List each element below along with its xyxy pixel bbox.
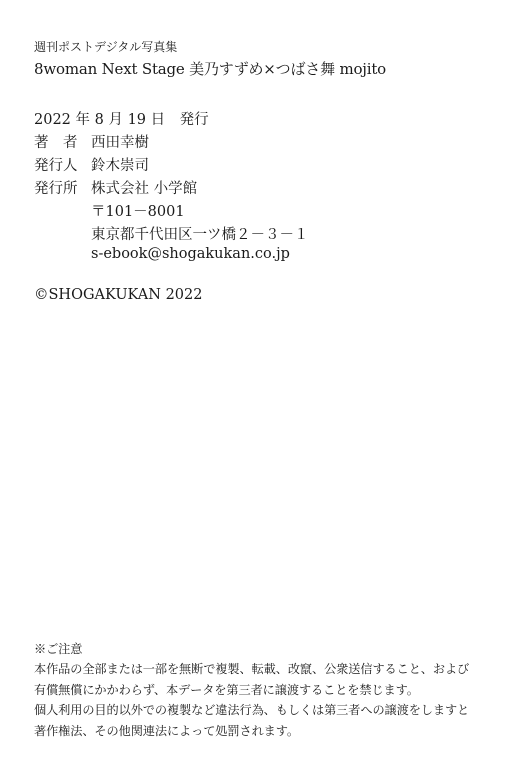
email: s-ebook@shogakukan.co.jp xyxy=(91,246,290,262)
publisher-person-row: 発行人鈴木崇司 xyxy=(34,154,149,175)
notice-line: 個人利用の目的以外での複製など違法行為、もしくは第三者への譲渡をしますと xyxy=(34,701,469,718)
publisher-label: 発行所 xyxy=(34,177,91,198)
publication-date: 2022 年 8 月 19 日 発行 xyxy=(34,108,209,129)
author-row: 著 者西田幸樹 xyxy=(34,131,149,152)
postal-code: 〒101－8001 xyxy=(91,200,185,221)
notice-heading: ※ご注意 xyxy=(34,640,82,657)
book-title: 8woman Next Stage 美乃すずめ×つばさ舞 mojito xyxy=(34,58,386,79)
copyright: ©SHOGAKUKAN 2022 xyxy=(34,287,202,303)
notice-line: 有償無償にかかわらず、本データを第三者に譲渡することを禁じます。 xyxy=(34,681,419,698)
notice-line: 著作権法、その他関連法によって処罰されます。 xyxy=(34,722,299,739)
publisher-person-label: 発行人 xyxy=(34,154,91,175)
author-name: 西田幸樹 xyxy=(91,135,149,151)
publisher-row: 発行所株式会社 小学館 xyxy=(34,177,197,198)
author-label: 著 者 xyxy=(34,131,91,152)
publisher-name: 株式会社 小学館 xyxy=(91,181,197,197)
publisher-person-name: 鈴木崇司 xyxy=(91,158,149,174)
series-name: 週刊ポストデジタル写真集 xyxy=(34,38,177,55)
address: 東京都千代田区一ツ橋２－３－１ xyxy=(91,223,309,244)
notice-line: 本作品の全部または一部を無断で複製、転載、改竄、公衆送信すること、および xyxy=(34,660,469,677)
